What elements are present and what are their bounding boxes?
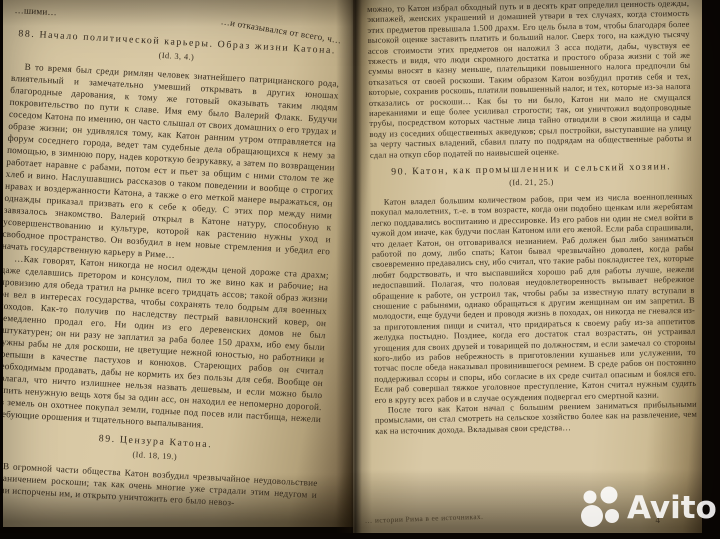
right-page-text: можно, то Катон избрал обходный путь и в… — [367, 0, 697, 436]
cutoff-fragment-left: …шими… — [14, 4, 57, 18]
left-page-text: …шими… …и отказывался от всего, ч… 88. Н… — [3, 4, 343, 513]
section-88-paragraph-1: В то время был среди римлян человек знат… — [3, 60, 339, 269]
avito-watermark: Avito — [579, 486, 717, 530]
photo-edge-bottom — [0, 533, 720, 539]
section-89-continuation: можно, то Катон избрал обходный путь и в… — [367, 0, 692, 160]
section-88-paragraph-2: …Как говорят, Катон никогда не носил оде… — [3, 252, 329, 437]
section-90-paragraph-1: Катон владел большим количеством рабов, … — [371, 191, 697, 405]
right-page: можно, то Катон избрал обходный путь и в… — [353, 0, 702, 533]
cutoff-line: …шими… …и отказывался от всего, ч… — [14, 4, 342, 34]
photo-edge-right — [702, 0, 720, 539]
avito-brand-text: Avito — [627, 486, 717, 530]
book-photo: …шими… …и отказывался от всего, ч… 88. Н… — [0, 0, 720, 539]
left-page: …шими… …и отказывался от всего, ч… 88. Н… — [3, 0, 353, 527]
section-90-paragraph-2: После того как Катон начал с большим рве… — [375, 399, 698, 436]
avito-logo-icon — [579, 486, 623, 530]
footer-signature: … истории Рима в ее источниках. — [365, 512, 484, 525]
